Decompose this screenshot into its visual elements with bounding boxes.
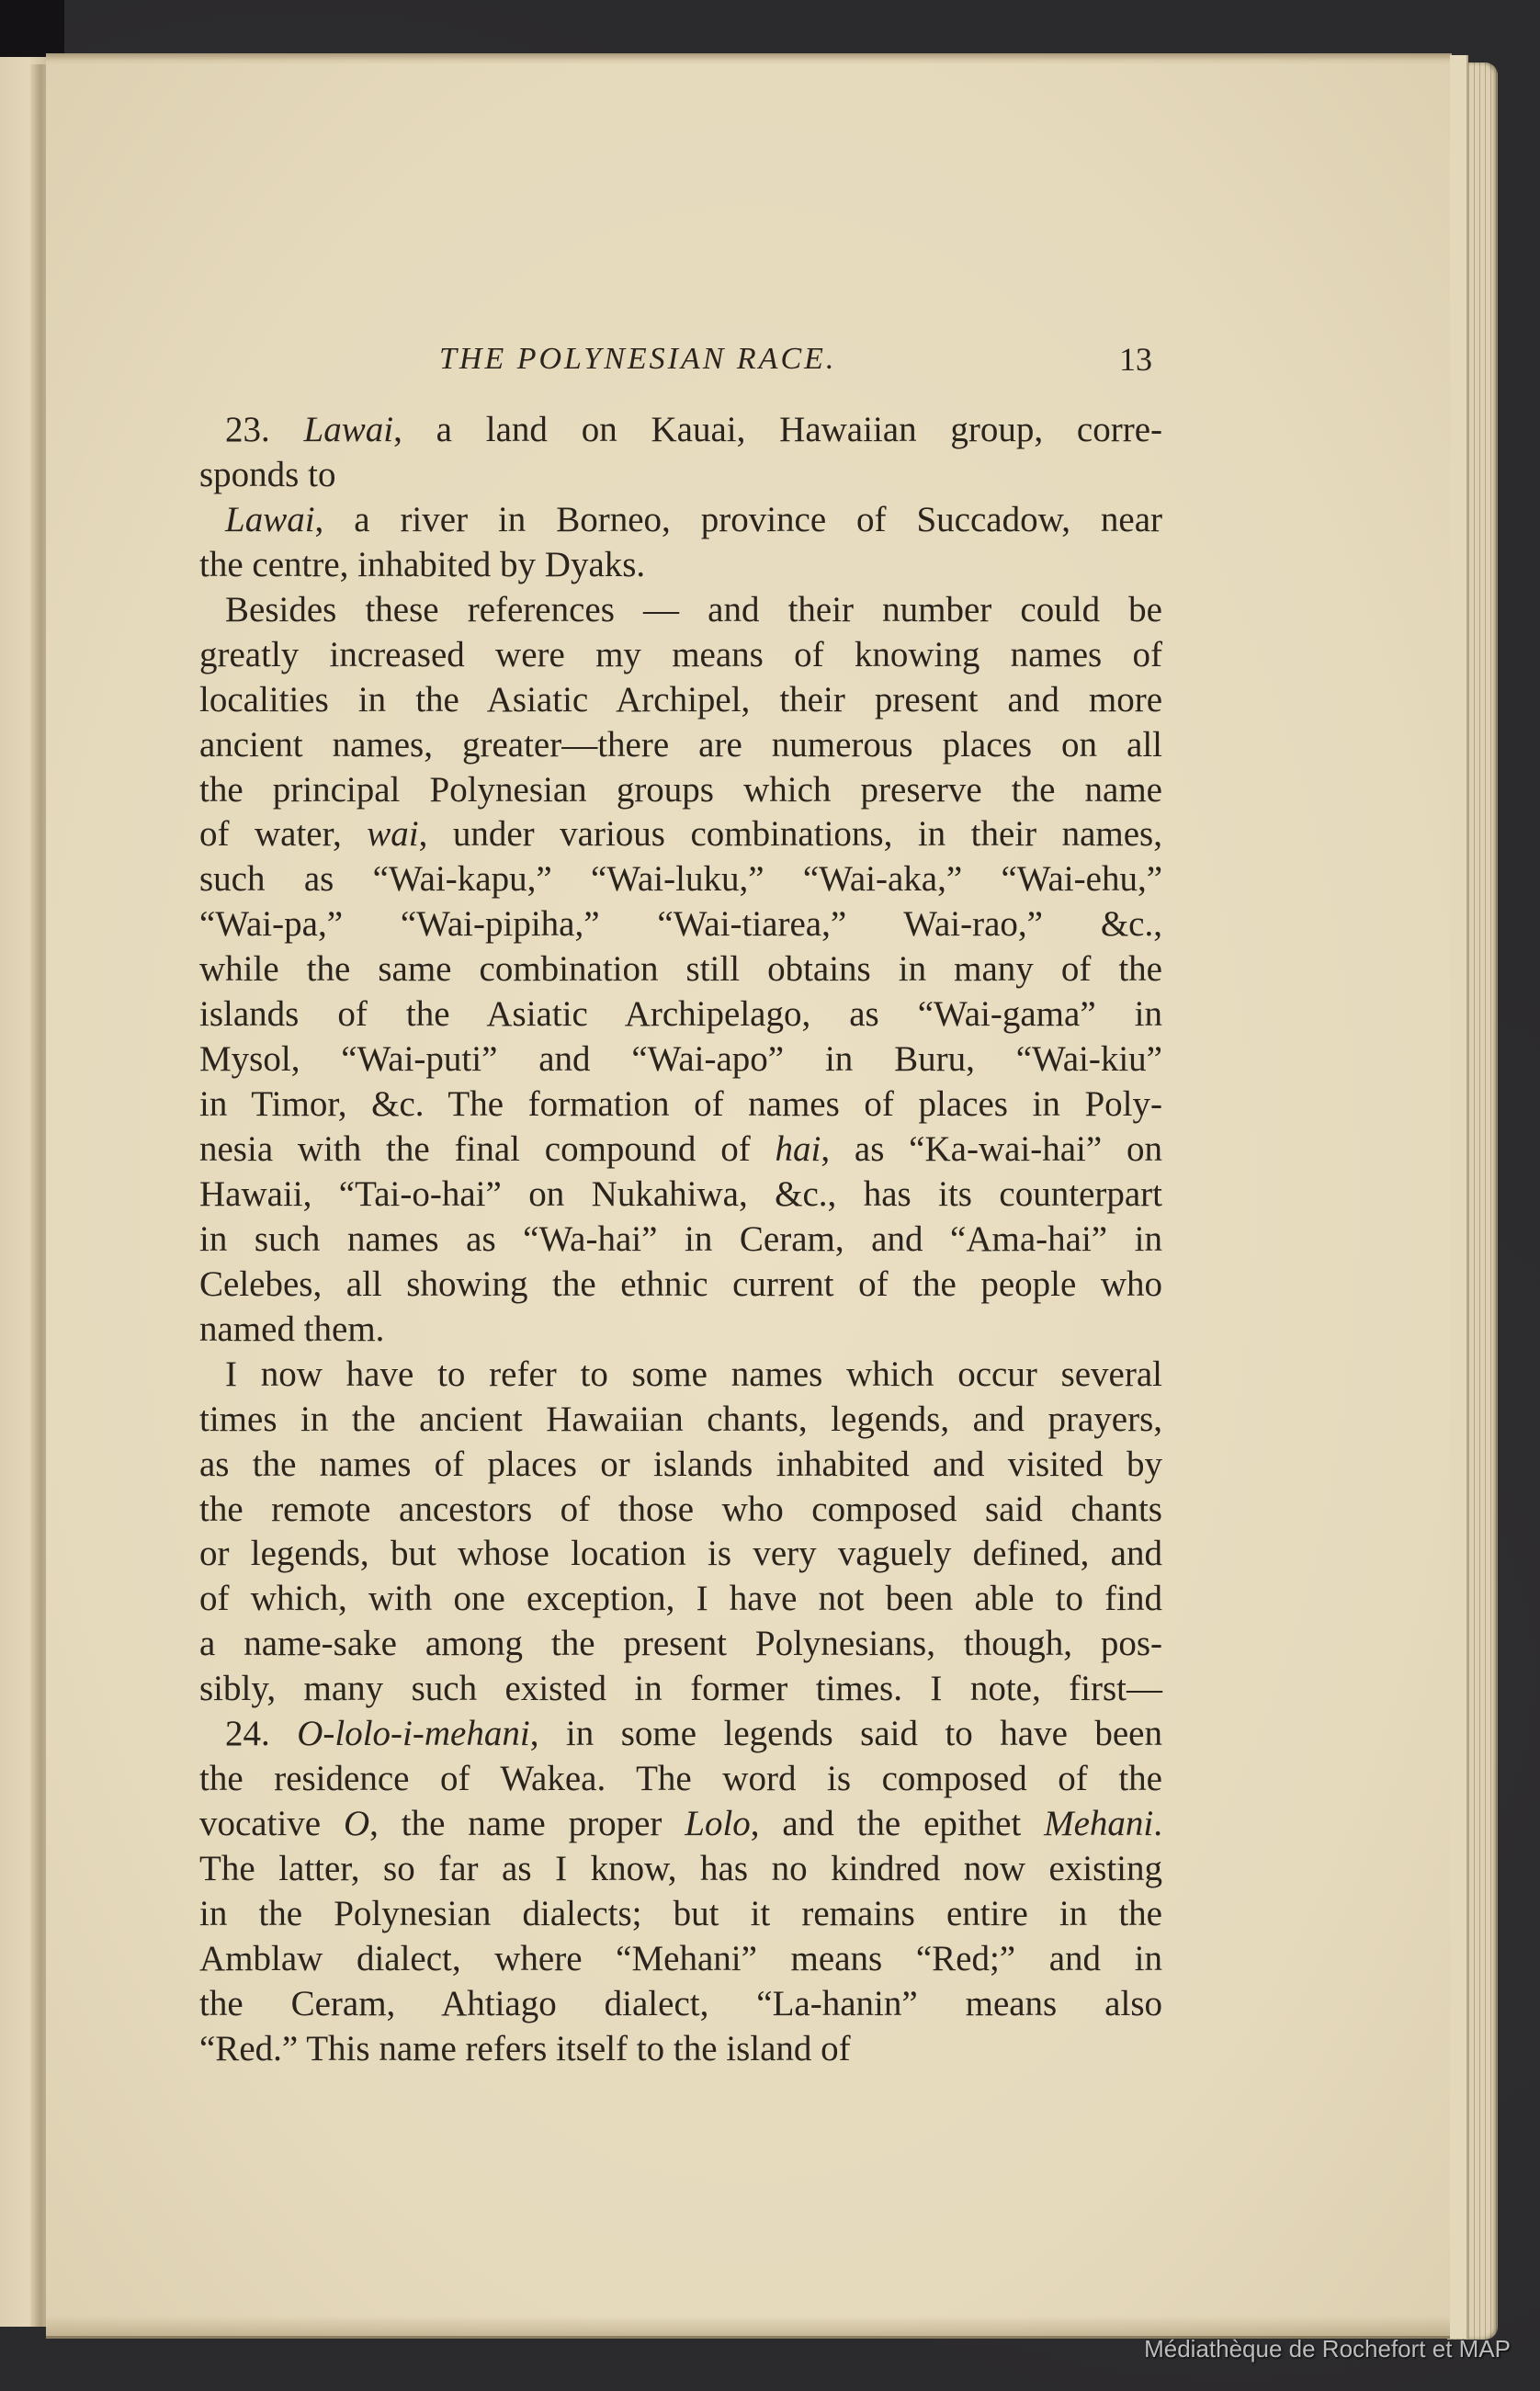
text-line: sibly, many such existed in former times… (199, 1667, 1162, 1712)
text-run: , the name proper (369, 1804, 685, 1843)
text-line: Lawai, a river in Borneo, province of Su… (199, 498, 1162, 543)
text-line: of water, wai, under various combination… (199, 812, 1162, 857)
italic-term: Lawai (304, 410, 394, 449)
text-run: in the Polynesian dialects; but it remai… (199, 1894, 1162, 1933)
text-run: islands of the Asiatic Archipelago, as “… (199, 994, 1162, 1034)
text-line: Amblaw dialect, where “Mehani” means “Re… (199, 1937, 1162, 1982)
text-line: of which, with one exception, I have not… (199, 1577, 1162, 1622)
text-run: Celebes, all showing the ethnic current … (199, 1264, 1162, 1304)
text-run: or legends, but whose location is very v… (199, 1534, 1162, 1573)
text-run: sibly, many such existed in former times… (199, 1669, 1162, 1708)
text-line: the centre, inhabited by Dyaks. (199, 543, 1162, 588)
text-line: or legends, but whose location is very v… (199, 1532, 1162, 1577)
text-line: in Timor, &c. The formation of names of … (199, 1082, 1162, 1128)
text-run: The latter, so far as I know, has no kin… (199, 1849, 1162, 1888)
text-run: nesia with the final compound of (199, 1129, 776, 1169)
text-line: Besides these references — and their num… (199, 588, 1162, 633)
text-run: localities in the Asiatic Archipel, thei… (199, 680, 1162, 720)
text-run: Besides these references — and their num… (225, 590, 1162, 629)
text-run: I now have to refer to some names which … (225, 1354, 1162, 1394)
text-line: ancient names, greater—there are numerou… (199, 723, 1162, 768)
italic-term: wai (367, 814, 418, 854)
running-head: THE POLYNESIAN RACE. (439, 342, 836, 377)
text-run: Hawaii, “Tai-o-hai” on Nukahiwa, &c., ha… (199, 1174, 1162, 1214)
text-line: The latter, so far as I know, has no kin… (199, 1847, 1162, 1892)
text-line: “Red.” This name refers itself to the is… (199, 2027, 1162, 2072)
text-run: “Red.” This name refers itself to the is… (199, 2029, 851, 2068)
institution-watermark: Médiathèque de Rochefort et MAP (1144, 2335, 1511, 2363)
text-run: , under various combinations, in their n… (419, 814, 1162, 854)
text-run: in such names as “Wa-hai” in Ceram, and … (199, 1219, 1162, 1259)
text-line: Celebes, all showing the ethnic current … (199, 1263, 1162, 1308)
text-line: “Wai-pa,” “Wai-pipiha,” “Wai-tiarea,” Wa… (199, 902, 1162, 947)
text-run: 24. (225, 1714, 297, 1753)
text-line: I now have to refer to some names which … (199, 1353, 1162, 1398)
body-text: 23. Lawai, a land on Kauai, Hawaiian gro… (199, 408, 1162, 2072)
text-line: localities in the Asiatic Archipel, thei… (199, 678, 1162, 723)
text-line: such as “Wai-kapu,” “Wai-luku,” “Wai-aka… (199, 857, 1162, 902)
text-line: sponds to (199, 453, 1162, 498)
text-run: sponds to (199, 455, 335, 494)
italic-term: O-lolo-i-mehani (297, 1714, 529, 1753)
text-line: times in the ancient Hawaiian chants, le… (199, 1398, 1162, 1443)
text-run: the principal Polynesian groups which pr… (199, 770, 1162, 810)
text-line: named them. (199, 1308, 1162, 1353)
text-run: “Wai-pa,” “Wai-pipiha,” “Wai-tiarea,” Wa… (199, 904, 1162, 944)
text-run: named them. (199, 1309, 384, 1349)
text-line: Mysol, “Wai-puti” and “Wai-apo” in Buru,… (199, 1037, 1162, 1082)
italic-term: Lawai (225, 500, 315, 539)
text-run: , as “Ka-wai-hai” on (821, 1129, 1162, 1169)
text-line: in the Polynesian dialects; but it remai… (199, 1892, 1162, 1937)
text-line: while the same combination still obtains… (199, 947, 1162, 992)
text-line: the residence of Wakea. The word is comp… (199, 1757, 1162, 1802)
text-run: , a land on Kauai, Hawaiian group, corre… (393, 410, 1162, 449)
text-line: Hawaii, “Tai-o-hai” on Nukahiwa, &c., ha… (199, 1173, 1162, 1218)
text-line: the Ceram, Ahtiago dialect, “La-hanin” m… (199, 1982, 1162, 2027)
text-run: of water, (199, 814, 367, 854)
page-number: 13 (1119, 340, 1152, 379)
text-run: in Timor, &c. The formation of names of … (199, 1084, 1162, 1124)
text-run: Mysol, “Wai-puti” and “Wai-apo” in Buru,… (199, 1039, 1162, 1079)
page-top-edge (46, 53, 1452, 64)
text-run: the Ceram, Ahtiago dialect, “La-hanin” m… (199, 1984, 1162, 2023)
text-line: 24. O-lolo-i-mehani, in some legends sai… (199, 1712, 1162, 1757)
text-run: , and the epithet (751, 1804, 1044, 1843)
italic-term: hai (776, 1129, 821, 1169)
text-run: ancient names, greater—there are numerou… (199, 725, 1162, 765)
text-line: the remote ancestors of those who compos… (199, 1488, 1162, 1533)
italic-term: Mehani (1044, 1804, 1153, 1843)
text-line: nesia with the final compound of hai, as… (199, 1128, 1162, 1173)
text-run: times in the ancient Hawaiian chants, le… (199, 1399, 1162, 1439)
page-bottom-edge (46, 2316, 1452, 2336)
text-run: of which, with one exception, I have not… (199, 1579, 1162, 1618)
text-run: Amblaw dialect, where “Mehani” means “Re… (199, 1939, 1162, 1978)
text-line: 23. Lawai, a land on Kauai, Hawaiian gro… (199, 408, 1162, 453)
text-run: a name-sake among the present Polynesian… (199, 1624, 1162, 1663)
text-run: greatly increased were my means of knowi… (199, 635, 1162, 674)
text-line: islands of the Asiatic Archipelago, as “… (199, 992, 1162, 1037)
text-run: such as “Wai-kapu,” “Wai-luku,” “Wai-aka… (199, 859, 1162, 899)
text-run: the centre, inhabited by Dyaks. (199, 545, 645, 584)
text-run: . (1153, 1804, 1162, 1843)
text-run: vocative (199, 1804, 344, 1843)
text-run: 23. (225, 410, 304, 449)
text-run: the residence of Wakea. The word is comp… (199, 1759, 1162, 1798)
text-run: , in some legends said to have been (530, 1714, 1162, 1753)
text-line: the principal Polynesian groups which pr… (199, 768, 1162, 813)
italic-term: Lolo (685, 1804, 751, 1843)
text-run: the remote ancestors of those who compos… (199, 1490, 1162, 1529)
page-fore-edge (1450, 55, 1468, 2339)
book-page: THE POLYNESIAN RACE. 13 23. Lawai, a lan… (46, 53, 1452, 2339)
italic-term: O (344, 1804, 369, 1843)
text-line: vocative O, the name proper Lolo, and th… (199, 1802, 1162, 1847)
text-line: a name-sake among the present Polynesian… (199, 1622, 1162, 1667)
text-line: greatly increased were my means of knowi… (199, 633, 1162, 678)
text-line: in such names as “Wa-hai” in Ceram, and … (199, 1218, 1162, 1263)
text-line: as the names of places or islands inhabi… (199, 1443, 1162, 1488)
text-run: while the same combination still obtains… (199, 949, 1162, 989)
text-run: as the names of places or islands inhabi… (199, 1445, 1162, 1484)
text-run: , a river in Borneo, province of Succado… (315, 500, 1162, 539)
